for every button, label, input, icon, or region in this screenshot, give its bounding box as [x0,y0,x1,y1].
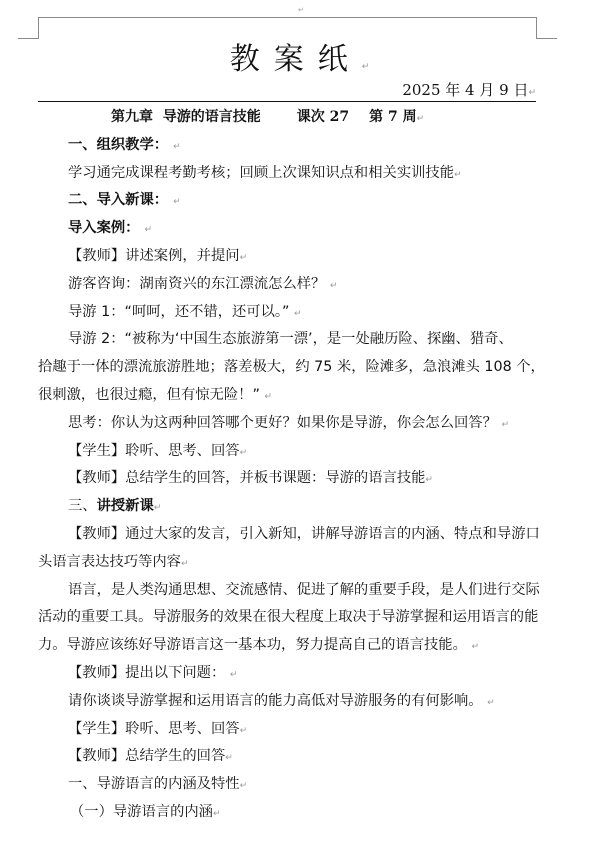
paragraph-mark: ↵ [240,726,248,736]
paragraph: 【教师】总结学生的回答↵ [38,743,536,771]
paragraph-mark: ↵ [294,309,302,319]
line-text: 拾趣于一体的漂流旅游胜地；落差极大，约 75 米，险滩多，急浪滩头 108 个， [38,359,545,375]
page-title-text: 教案纸 [230,42,362,77]
paragraph-mark: ↵ [225,753,233,763]
line-text: 导游 1：“呵呵，还不错，还可以。” [68,304,289,320]
paragraph-mark: ↵ [173,142,181,152]
paragraph-mark: ↵ [471,642,479,652]
paragraph-mark: ↵ [154,503,162,513]
paragraph: 【教师】讲述案例，并提问↵ [38,243,536,271]
paragraph-mark: ↵ [213,809,221,819]
line-text: 活动的重要工具。导游服务的效果在很大程度上取决于导游掌握和运用语言的能 [38,609,538,625]
line-text: 请你谈谈导游掌握和运用语言的能力高低对导游服务的有何影响。 [68,693,483,709]
paragraph: 学习通完成课程考勤考核；回顾上次课知识点和相关实训技能↵ [38,160,536,188]
paragraph-mark: ↵ [264,392,272,402]
chapter-name: 第九章 导游的语言技能 [111,109,261,125]
paragraph-mark: ↵ [144,225,152,235]
paragraph: 语言，是人类沟通思想、交流感情、促进了解的重要手段，是人们进行交际 [38,577,536,605]
week-number: 第 7 周 [369,109,417,125]
paragraph-mark: ↵ [181,559,189,569]
paragraph-continuation: 头语言表达技巧等内容↵ [38,549,536,577]
paragraph-continuation: 很刺激，也很过瘾，但有惊无险！” ↵ [38,382,536,410]
chapter-heading: 第九章 导游的语言技能课次 27第 7 周↵ [38,104,536,132]
lesson-number: 课次 27 [297,109,349,125]
line-text: 导入案例： [68,220,139,236]
paragraph-mark: ↵ [330,281,338,291]
section-heading-new-lesson: 三、讲授新课↵ [38,493,536,521]
line-text: 【教师】总结学生的回答 [68,748,225,764]
line-text: 二、导入新课： [68,192,168,208]
line-text: 游客咨询：湖南资兴的东江漂流怎么样？ [68,276,325,292]
section-heading-organize: 一、组织教学： ↵ [38,132,536,160]
paragraph: 思考：你认为这两种回答哪个更好？如果你是导游，你会怎么回答？ ↵ [38,410,536,438]
paragraph: 导游 1：“呵呵，还不错，还可以。” ↵ [38,299,536,327]
header-border-top [38,17,536,18]
line-text: 很刺激，也很过瘾，但有惊无险！” [38,387,260,403]
line-text: 导游 2：“被称为‘中国生态旅游第一漂’，是一处融历险、探幽、猎奇、 [68,331,513,347]
date-text: 2025 年 4 月 9 日 [402,81,528,99]
paragraph-mark: ↵ [454,170,462,180]
subsection-heading: （一）导游语言的内涵↵ [38,799,536,827]
paragraph-mark: ↵ [417,114,425,124]
line-text: 一、组织教学： [68,137,168,153]
paragraph-continuation: 活动的重要工具。导游服务的效果在很大程度上取决于导游掌握和运用语言的能 [38,604,536,632]
paragraph-mark: ↵ [173,197,181,207]
paragraph-mark: ↵ [240,253,248,263]
line-text: 学习通完成课程考勤考核；回顾上次课知识点和相关实训技能 [68,165,454,181]
line-text: 头语言表达技巧等内容 [38,554,181,570]
line-text: 【教师】讲述案例，并提问 [68,248,240,264]
paragraph-mark: ↵ [487,698,495,708]
line-text: 【教师】总结学生的回答，并板书课题：导游的语言技能 [68,470,425,486]
paragraph-mark: ↵ [240,781,248,791]
paragraph: 【学生】聆听、思考、回答↵ [38,716,536,744]
paragraph-mark: ↵ [501,420,509,430]
line-text: 讲授新课 [97,498,154,514]
paragraph-mark: ↵ [362,62,370,72]
paragraph-mark: ↵ [528,88,536,98]
line-text: 【学生】聆听、思考、回答 [68,721,240,737]
paragraph: 【教师】通过大家的发言，引入新知，讲解导游语言的内涵、特点和导游口 [38,521,536,549]
subsection-heading: 一、导游语言的内涵及特性↵ [38,771,536,799]
paragraph: 导游 2：“被称为‘中国生态旅游第一漂’，是一处融历险、探幽、猎奇、 [38,326,536,354]
lesson-date: 2025 年 4 月 9 日↵ [402,80,536,103]
line-text: 【学生】聆听、思考、回答 [68,443,240,459]
line-text: 一、导游语言的内涵及特性 [68,776,240,792]
header-border-left-stub [18,38,39,39]
document-body: 第九章 导游的语言技能课次 27第 7 周↵ 一、组织教学： ↵ 学习通完成课程… [38,104,536,827]
line-text: 语言，是人类沟通思想、交流感情、促进了解的重要手段，是人们进行交际 [68,582,540,598]
subheading-case: 导入案例： ↵ [38,215,536,243]
paragraph: 请你谈谈导游掌握和运用语言的能力高低对导游服务的有何影响。 ↵ [38,688,536,716]
section-heading-intro: 二、导入新课： ↵ [38,187,536,215]
paragraph-mark: ↵ [298,7,304,14]
paragraph: 游客咨询：湖南资兴的东江漂流怎么样？ ↵ [38,271,536,299]
line-text: 力。导游应该练好导游语言这一基本功，努力提高自己的语言技能。 [38,637,467,653]
line-text: （一）导游语言的内涵 [70,804,213,820]
header-border-left-vertical [38,17,39,39]
header-border-right-vertical [536,17,537,39]
header-border-right-stub [536,38,557,39]
heading-number: 三、 [68,498,97,514]
paragraph-mark: ↵ [425,475,433,485]
paragraph-mark: ↵ [230,670,238,680]
paragraph: 【学生】聆听、思考、回答↵ [38,438,536,466]
paragraph-continuation: 拾趣于一体的漂流旅游胜地；落差极大，约 75 米，险滩多，急浪滩头 108 个， [38,354,536,382]
paragraph-mark: ↵ [240,448,248,458]
line-text: 思考：你认为这两种回答哪个更好？如果你是导游，你会怎么回答？ [68,415,497,431]
paragraph: 【教师】总结学生的回答，并板书课题：导游的语言技能↵ [38,465,536,493]
paragraph: 【教师】提出以下问题： ↵ [38,660,536,688]
line-text: 【教师】提出以下问题： [68,665,225,681]
title-divider [38,101,536,102]
paragraph-continuation: 力。导游应该练好导游语言这一基本功，努力提高自己的语言技能。 ↵ [38,632,536,660]
line-text: 【教师】通过大家的发言，引入新知，讲解导游语言的内涵、特点和导游口 [68,526,540,542]
